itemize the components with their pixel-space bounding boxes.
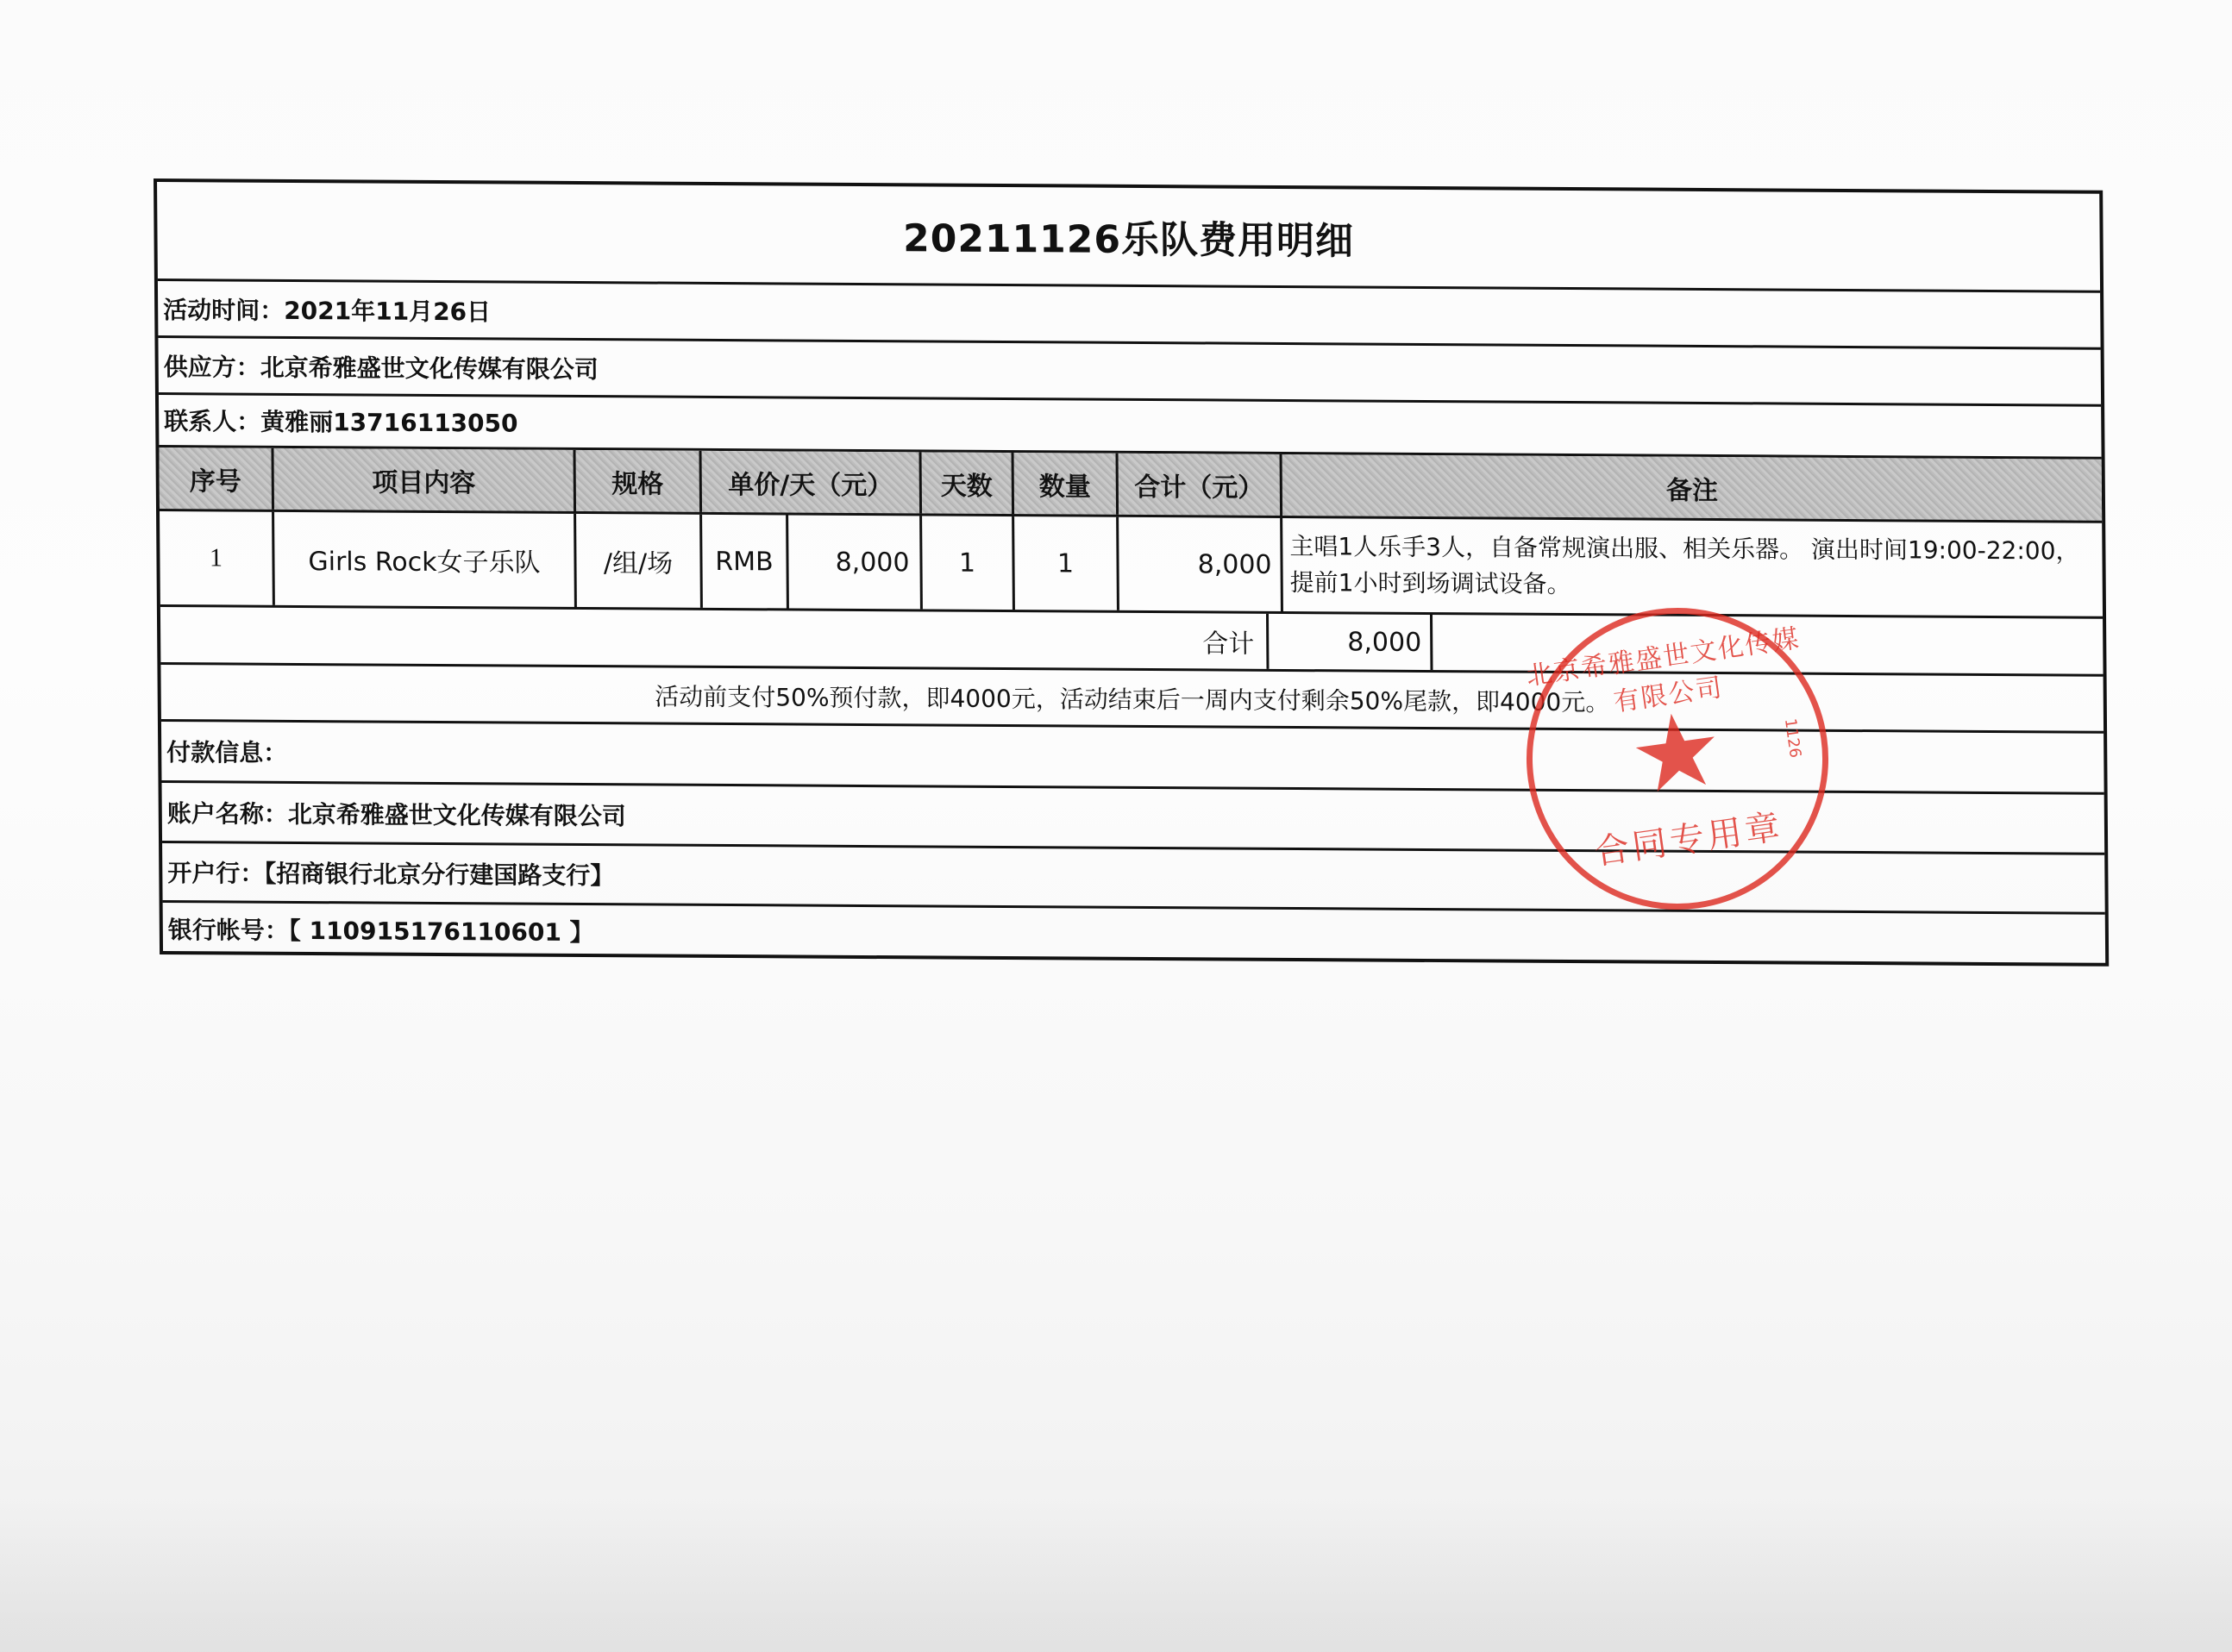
cell-item: Girls Rock女子乐队 [274,512,577,607]
page-shadow [0,1497,2232,1652]
sum-value: 8,000 [1269,614,1433,670]
cell-spec: /组/场 [576,514,703,608]
header-quantity: 数量 [1014,453,1119,515]
table-row: 1 Girls Rock女子乐队 /组/场 RMB 8,000 1 1 8,00… [160,511,2103,619]
header-days: 天数 [922,452,1015,514]
title-row: 20211126乐队费用明细 [157,182,2100,293]
cell-no: 1 [160,511,275,605]
cell-total: 8,000 [1119,517,1283,611]
header-remark: 备注 [1282,454,2103,521]
header-no: 序号 [159,447,274,510]
header-item: 项目内容 [273,448,576,511]
cell-remark: 主唱1人乐手3人，自备常规演出服、相关乐器。 演出时间19:00-22:00，提… [1282,518,2103,616]
cell-days: 1 [922,516,1015,610]
document-title: 20211126乐队费用明细 [903,207,1354,265]
header-unit-price: 单价/天（元） [701,451,922,514]
account-number: 银行帐号：【 110915176110601 】 [163,903,2106,967]
sum-label: 合计 [160,607,1270,669]
stamp-code: 1126 [1781,717,1804,759]
cell-quantity: 1 [1014,516,1119,610]
cell-currency: RMB [702,515,789,609]
header-total: 合计（元） [1119,454,1283,516]
star-icon: ★ [1624,696,1730,811]
header-spec: 规格 [575,450,702,512]
cell-unit-price: 8,000 [788,515,923,609]
table-header: 序号 项目内容 规格 单价/天（元） 天数 数量 合计（元） 备注 [159,447,2102,523]
expense-sheet: 20211126乐队费用明细 活动时间：2021年11月26日 供应方：北京希雅… [154,178,2109,967]
